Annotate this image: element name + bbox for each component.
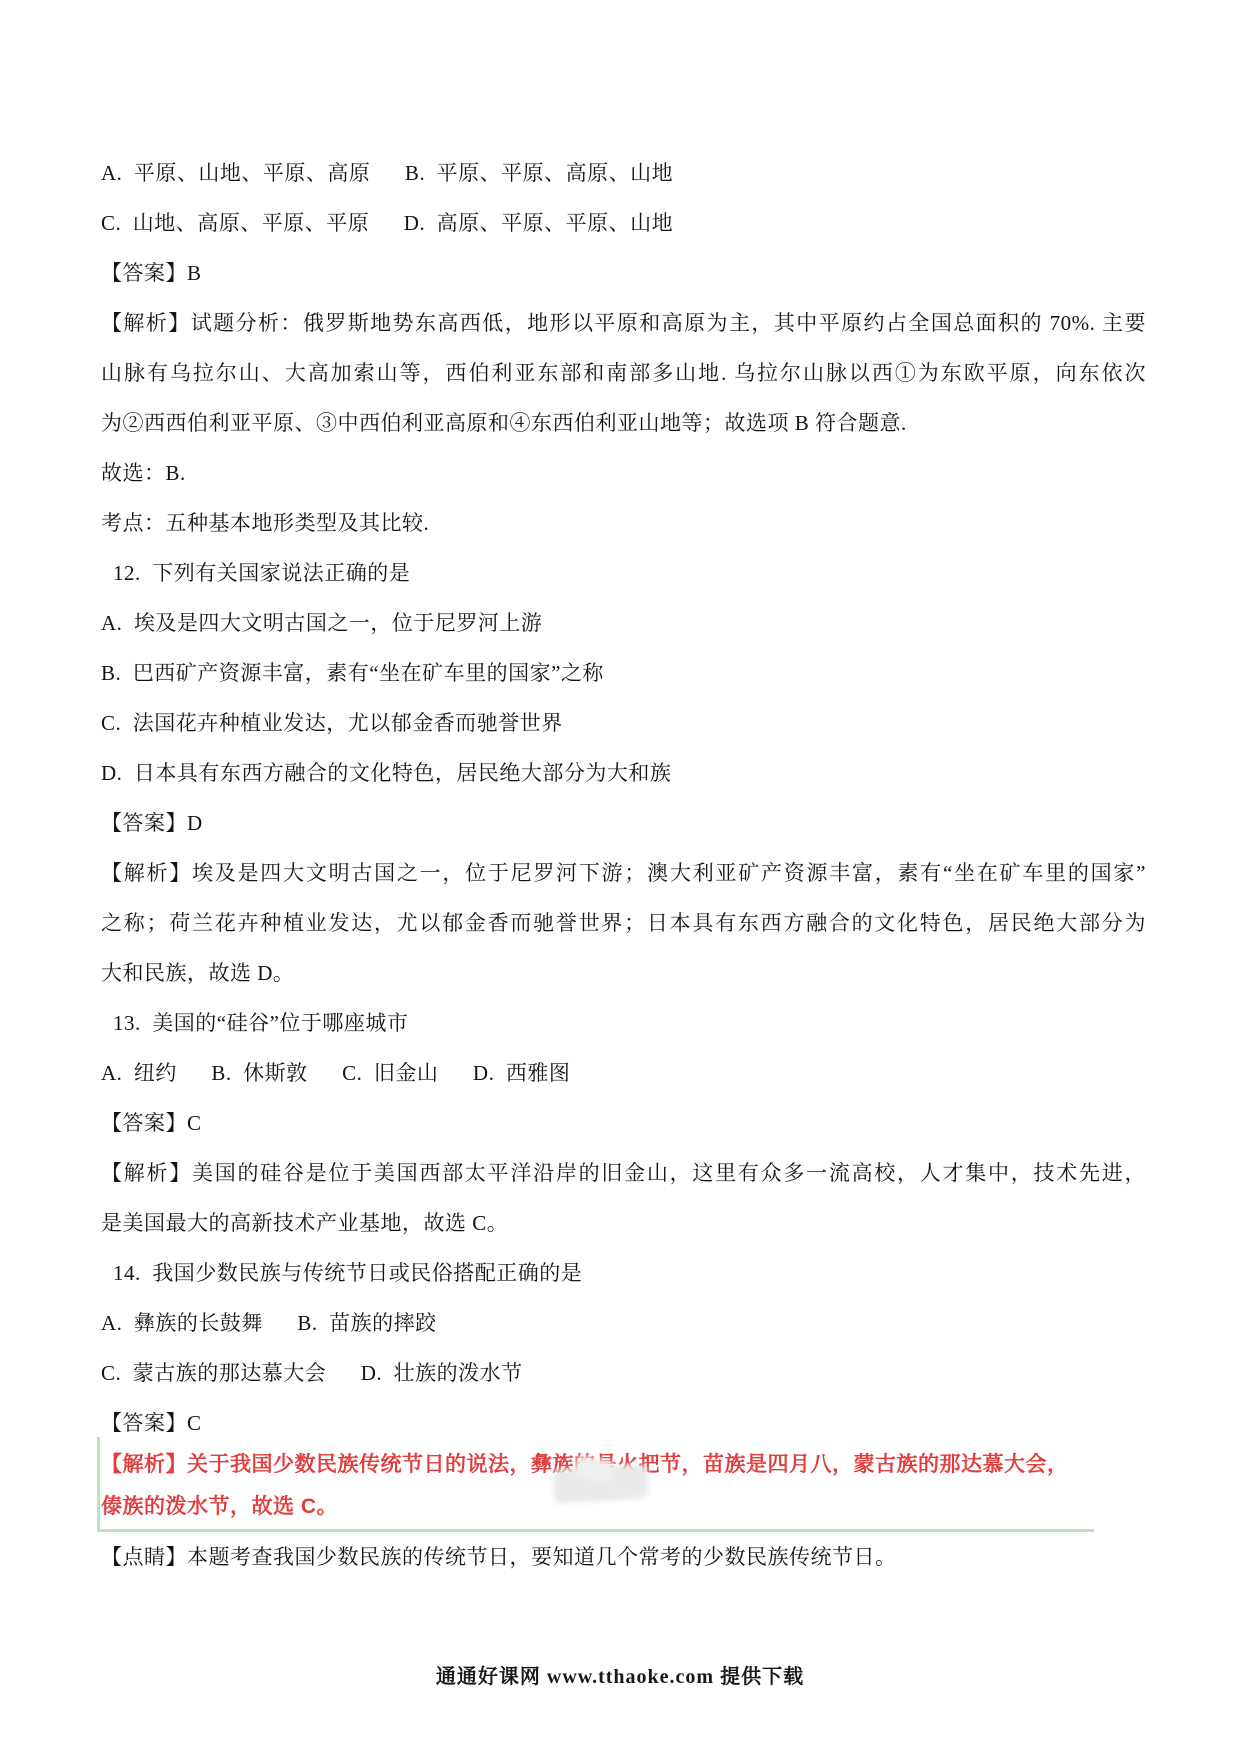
q11-conclusion: 故选：B.: [101, 448, 1146, 498]
q12-analysis-line-1: 【解析】埃及是四大文明古国之一，位于尼罗河下游；澳大利亚矿产资源丰富，素有“坐在…: [101, 848, 1146, 898]
q11-exam-focus: 考点：五种基本地形类型及其比较.: [101, 498, 1146, 548]
highlight-bottom-marker-line: [97, 1529, 1094, 1532]
q13-analysis-line-2: 是美国最大的高新技术产业基地，故选 C。: [101, 1198, 1146, 1248]
document-body: A. 平原、山地、平原、高原 B. 平原、平原、高原、山地 C. 山地、高原、平…: [101, 148, 1146, 1582]
q14-answer: 【答案】C: [101, 1398, 1146, 1448]
q11-analysis-line-3: 为②西西伯利亚平原、③中西伯利亚高原和④东西伯利亚山地等；故选项 B 符合题意.: [101, 398, 1146, 448]
q11-options-row-2: C. 山地、高原、平原、平原 D. 高原、平原、平原、山地: [101, 198, 1146, 248]
q13-answer: 【答案】C: [101, 1098, 1146, 1148]
q12-option-a: A. 埃及是四大文明古国之一，位于尼罗河上游: [101, 598, 1146, 648]
document-page: A. 平原、山地、平原、高原 B. 平原、平原、高原、山地 C. 山地、高原、平…: [0, 0, 1240, 1754]
q13-stem: 13. 美国的“硅谷”位于哪座城市: [101, 998, 1146, 1048]
q12-option-c: C. 法国花卉种植业发达，尤以郁金香而驰誉世界: [101, 698, 1146, 748]
q12-stem: 12. 下列有关国家说法正确的是: [101, 548, 1146, 598]
q14-stem: 14. 我国少数民族与传统节日或民俗搭配正确的是: [101, 1248, 1146, 1298]
q12-option-b: B. 巴西矿产资源丰富，素有“坐在矿车里的国家”之称: [101, 648, 1146, 698]
q12-answer: 【答案】D: [101, 798, 1146, 848]
q13-options-row: A. 纽约 B. 休斯敦 C. 旧金山 D. 西雅图: [101, 1048, 1146, 1098]
q14-options-row-1: A. 彝族的长鼓舞 B. 苗族的摔跤: [101, 1298, 1146, 1348]
site-footer-watermark: 通通好课网 www.tthaoke.com 提供下载: [0, 1660, 1240, 1689]
highlight-left-marker-line: [97, 1437, 100, 1532]
q11-analysis-line-2: 山脉有乌拉尔山、大高加索山等，西伯利亚东部和南部多山地. 乌拉尔山脉以西①为东欧…: [101, 348, 1146, 398]
q12-analysis-line-2: 之称；荷兰花卉种植业发达，尤以郁金香而驰誉世界；日本具有东西方融合的文化特色，居…: [101, 898, 1146, 948]
q14-tip: 【点睛】本题考查我国少数民族的传统节日，要知道几个常考的少数民族传统节日。: [101, 1532, 1146, 1582]
q11-options-row-1: A. 平原、山地、平原、高原 B. 平原、平原、高原、山地: [101, 148, 1146, 198]
q14-options-row-2: C. 蒙古族的那达慕大会 D. 壮族的泼水节: [101, 1348, 1146, 1398]
q12-option-d: D. 日本具有东西方融合的文化特色，居民绝大部分为大和族: [101, 748, 1146, 798]
q12-analysis-line-3: 大和民族，故选 D。: [101, 948, 1146, 998]
q13-analysis-line-1: 【解析】美国的硅谷是位于美国西部太平洋沿岸的旧金山，这里有众多一流高校，人才集中…: [101, 1148, 1146, 1198]
q11-answer: 【答案】B: [101, 248, 1146, 298]
q11-analysis-line-1: 【解析】试题分析：俄罗斯地势东高西低，地形以平原和高原为主，其中平原约占全国总面…: [101, 298, 1146, 348]
